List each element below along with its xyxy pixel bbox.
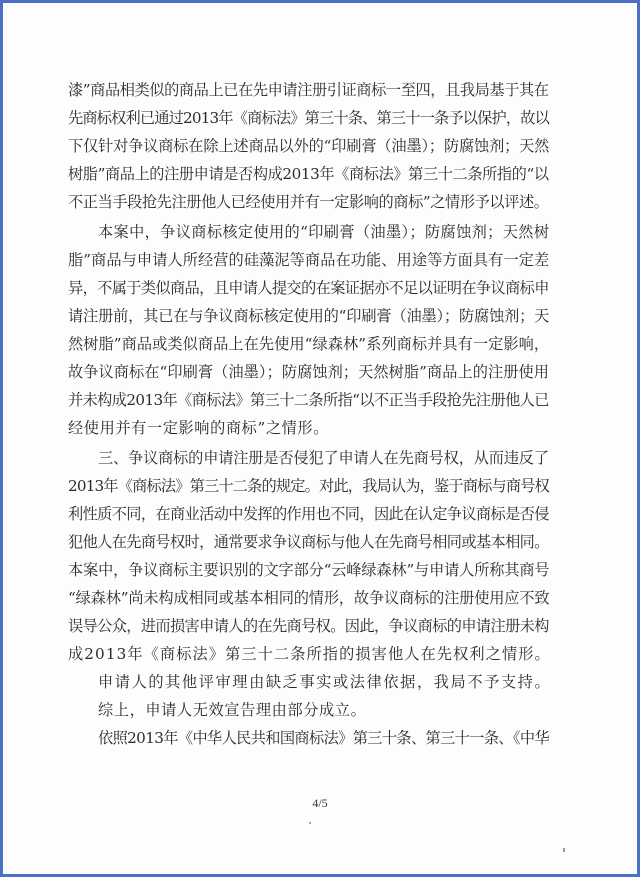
text-line: 脂”商品与申请人所经营的硅藻泥等商品在功能、用途等方面具有一定差: [68, 248, 549, 272]
text-line: 故争议商标在“印刷膏（油墨）；防腐蚀剂；天然树脂”商品上的注册使用: [68, 360, 549, 384]
text-line: 树脂”商品上的注册申请是否构成2013年《商标法》第三十二条所指的“以: [68, 162, 549, 186]
text-line: 犯他人在先商号权时，通常要求争议商标与他人在先商号相同或基本相同。: [68, 530, 549, 554]
text-line: 本案中，争议商标主要识别的文字部分“云峰绿森林”与申请人所称其商号: [68, 558, 549, 582]
page-number: 4/5: [0, 796, 640, 811]
text-line: 2013年《商标法》第三十二条的规定。对此，我局认为，鉴于商标与商号权: [68, 474, 549, 498]
paragraph-start-line: 综上，申请人无效宣告理由部分成立。: [98, 698, 366, 722]
text-line: 下仅针对争议商标在除上述商品以外的“印刷膏（油墨）；防腐蚀剂；天然: [68, 134, 549, 158]
paragraph-start-line: 三、争议商标的申请注册是否侵犯了申请人在先商号权，从而违反了: [98, 446, 549, 470]
text-line: 利性质不同，在商业活动中发挥的作用也不同，因此在认定争议商标是否侵: [68, 502, 549, 526]
scan-speck: [563, 848, 565, 852]
scan-speck: [309, 822, 311, 824]
text-line: 先商标权利已通过2013年《商标法》第三十条、第三十一条予以保护，故以: [68, 106, 549, 130]
text-line: 异，不属于类似商品，且申请人提交的在案证据亦不足以证明在争议商标申: [68, 276, 549, 300]
text-line: 漆”商品相类似的商品上已在先申请注册引证商标一至四，且我局基于其在: [68, 78, 549, 102]
text-line: 并未构成2013年《商标法》第三十二条所指“以不正当手段抢先注册他人已: [68, 388, 549, 412]
text-line: 请注册前，其已在与争议商标核定使用的“印刷膏（油墨）；防腐蚀剂；天: [68, 304, 549, 328]
text-line: 然树脂”商品或类似商品上在先使用“绿森林”系列商标并具有一定影响，: [68, 332, 549, 356]
text-line: 不正当手段抢先注册他人已经使用并有一定影响的商标”之情形予以评述。: [68, 190, 549, 214]
paragraph-start-line: 申请人的其他评审理由缺乏事实或法律依据，我局不予支持。: [98, 670, 551, 694]
paragraph-start-line: 依照2013年《中华人民共和国商标法》第三十条、第三十一条、《中华: [98, 726, 549, 750]
text-line: “绿森林”尚未构成相同或基本相同的情形，故争议商标的注册使用应不致: [68, 586, 549, 610]
text-line: 误导公众，进而损害申请人的在先商号权。因此，争议商标的申请注册未构: [68, 614, 549, 638]
text-line: 经使用并有一定影响的商标”之情形。: [68, 416, 329, 440]
paragraph-start-line: 本案中，争议商标核定使用的“印刷膏（油墨）；防腐蚀剂；天然树: [98, 220, 549, 244]
text-line: 成2013年《商标法》第三十二条所指的损害他人在先权利之情形。: [68, 642, 551, 666]
